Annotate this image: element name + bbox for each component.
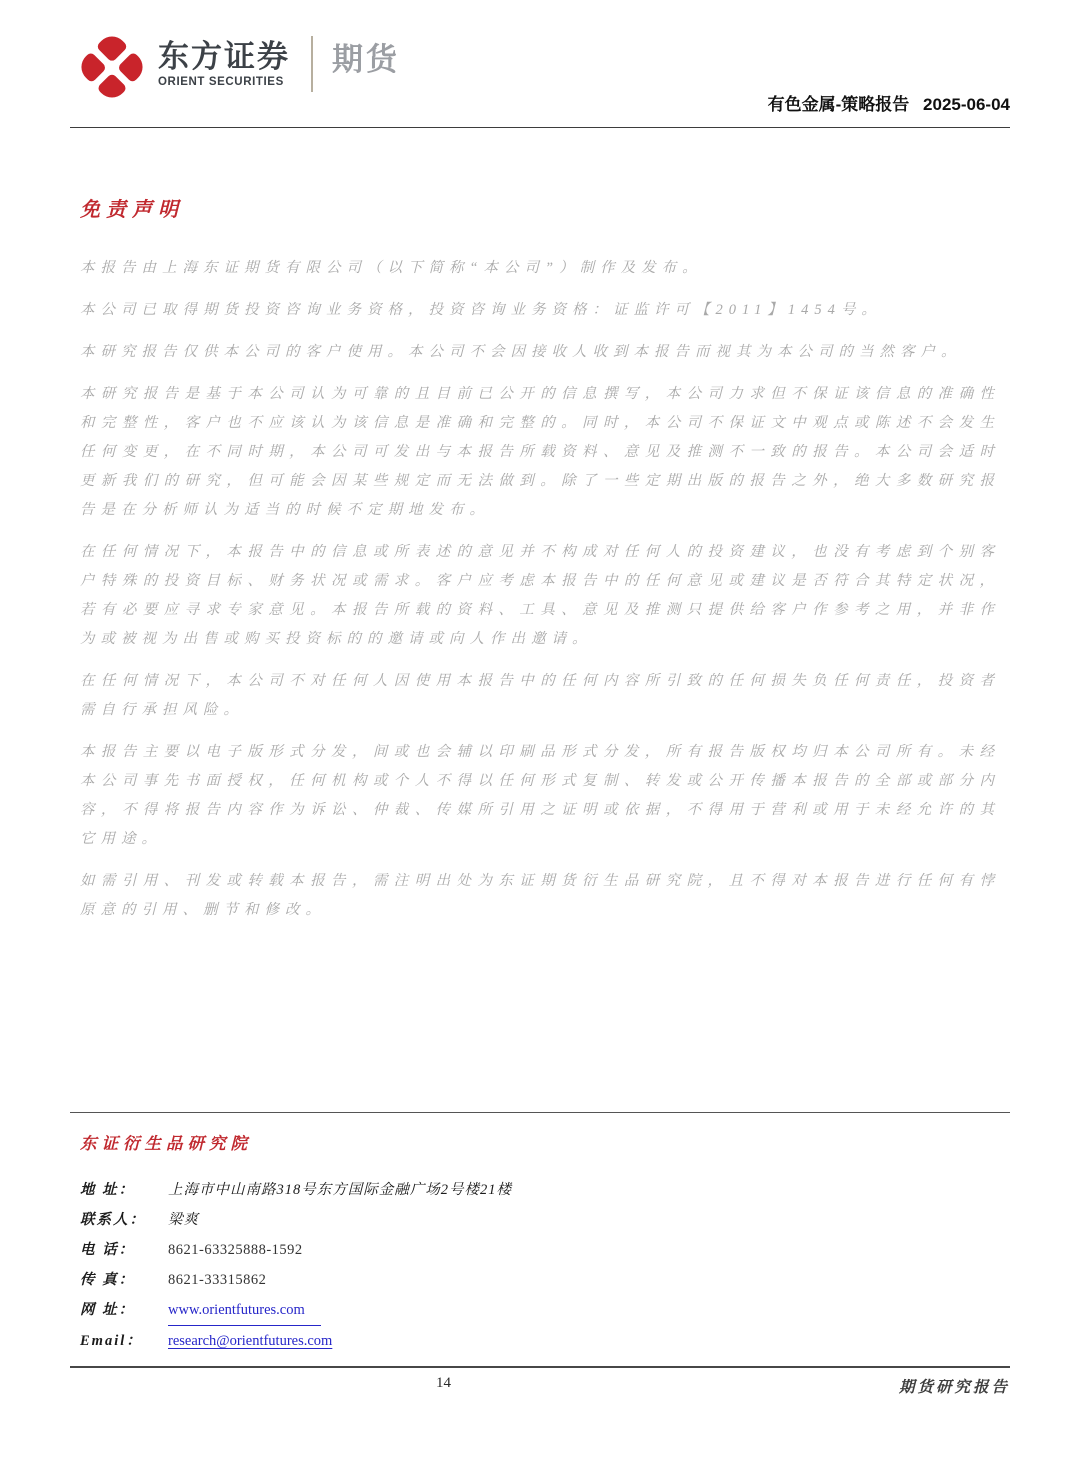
disclaimer-title: 免责声明	[80, 193, 1000, 222]
contact-label: 传 真：	[80, 1265, 168, 1295]
contact-row-phone: 电 话： 8621-63325888-1592	[80, 1235, 1000, 1265]
contact-row-person: 联系人： 梁爽	[80, 1205, 1000, 1235]
contact-label: 电 话：	[80, 1235, 168, 1265]
logo-petal	[96, 30, 128, 62]
contact-value: 梁爽	[168, 1205, 199, 1235]
contact-row-email: Email： research@orientfutures.com	[80, 1326, 1000, 1356]
report-series-label: 期货研究报告	[899, 1375, 1010, 1397]
logo-name-en: ORIENT SECURITIES	[158, 76, 290, 88]
contact-value: 8621-33315862	[168, 1265, 266, 1295]
report-header-meta: 有色金属-策略报告 2025-06-04	[768, 90, 1010, 115]
contact-label: 网 址：	[80, 1295, 168, 1325]
orient-securities-logo: 东方证券 ORIENT SECURITIES 期货	[78, 34, 400, 93]
logo-text: 东方证券 ORIENT SECURITIES	[158, 40, 290, 88]
page-number: 14	[436, 1375, 451, 1392]
contact-value: 上海市中山南路318号东方国际金融广场2号楼21楼	[168, 1175, 512, 1205]
logo-petal	[96, 71, 128, 103]
disclaimer-paragraph: 本研究报告是基于本公司认为可靠的且目前已公开的信息撰写，本公司力求但不保证该信息…	[80, 380, 1000, 525]
disclaimer-paragraph: 本公司已取得期货投资咨询业务资格，投资咨询业务资格：证监许可【2011】1454…	[80, 296, 1000, 325]
disclaimer-paragraph: 在任何情况下，本报告中的信息或所表述的意见并不构成对任何人的投资建议，也没有考虑…	[80, 538, 1000, 654]
disclaimer-paragraph: 本报告由上海东证期货有限公司（以下简称“本公司”）制作及发布。	[80, 254, 1000, 283]
contact-label: Email：	[80, 1326, 168, 1356]
page-header: 东方证券 ORIENT SECURITIES 期货 有色金属-策略报告 2025…	[70, 0, 1010, 128]
contact-row-fax: 传 真： 8621-33315862	[80, 1265, 1000, 1295]
logo-divider	[311, 36, 313, 92]
logo-business-unit: 期货	[332, 34, 400, 79]
logo-name-cn: 东方证券	[158, 40, 290, 74]
contact-row-website: 网 址： www.orientfutures.com	[80, 1295, 1000, 1326]
institute-title: 东证衍生品研究院	[80, 1130, 1000, 1154]
contact-label: 联系人：	[80, 1205, 168, 1235]
report-page: 东方证券 ORIENT SECURITIES 期货 有色金属-策略报告 2025…	[0, 0, 1080, 1466]
disclaimer-paragraph: 本研究报告仅供本公司的客户使用。本公司不会因接收人收到本报告而视其为本公司的当然…	[80, 338, 1000, 367]
disclaimer-paragraph: 如需引用、刊发或转载本报告，需注明出处为东证期货衍生品研究院，且不得对本报告进行…	[80, 867, 1000, 925]
logo-pinwheel-icon	[75, 30, 149, 104]
disclaimer-section: 免责声明 本报告由上海东证期货有限公司（以下简称“本公司”）制作及发布。 本公司…	[80, 193, 1000, 938]
logo-petal	[75, 51, 107, 83]
contact-label: 地 址：	[80, 1175, 168, 1205]
institute-section: 东证衍生品研究院 地 址： 上海市中山南路318号东方国际金融广场2号楼21楼 …	[70, 1112, 1010, 1356]
report-date: 2025-06-04	[923, 95, 1010, 114]
contact-list: 地 址： 上海市中山南路318号东方国际金融广场2号楼21楼 联系人： 梁爽 电…	[80, 1175, 1000, 1356]
page-footer: 14 期货研究报告	[70, 1366, 1010, 1416]
report-type-label: 有色金属-策略报告	[768, 95, 910, 114]
email-link[interactable]: research@orientfutures.com	[168, 1326, 332, 1356]
logo-petal	[117, 51, 149, 83]
disclaimer-paragraph: 本报告主要以电子版形式分发，间或也会辅以印刷品形式分发，所有报告版权均归本公司所…	[80, 738, 1000, 854]
contact-value: 8621-63325888-1592	[168, 1235, 303, 1265]
contact-row-address: 地 址： 上海市中山南路318号东方国际金融广场2号楼21楼	[80, 1175, 1000, 1205]
website-link[interactable]: www.orientfutures.com	[168, 1295, 321, 1326]
disclaimer-paragraph: 在任何情况下，本公司不对任何人因使用本报告中的任何内容所引致的任何损失负任何责任…	[80, 667, 1000, 725]
